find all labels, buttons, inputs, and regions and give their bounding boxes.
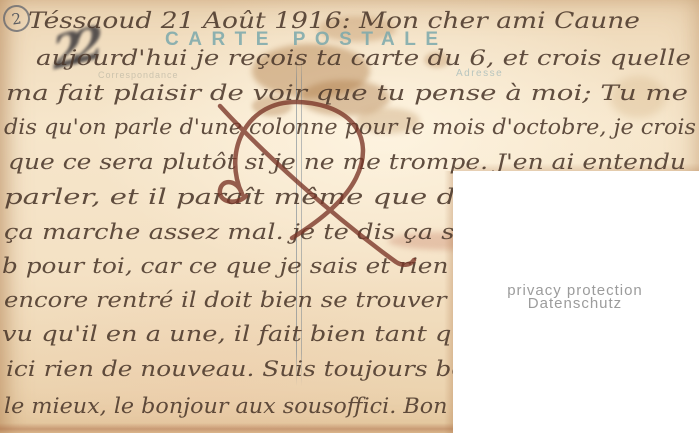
handwriting-line: ici rien de nouveau. Suis toujours be	[6, 357, 466, 381]
handwriting-line: Téssaoud 21 Août 1916: Mon cher ami Caun…	[28, 9, 640, 34]
handwriting-line: ça marche assez mal. je te dis ça so	[4, 220, 470, 244]
handwriting-line: le mieux, le bonjour aux sousoffici. Bon…	[4, 394, 466, 418]
handwriting-line: encore rentré il doit bien se trouver c	[4, 288, 468, 312]
handwriting-line: ma fait plaisir de voir que tu pense à m…	[6, 81, 688, 105]
handwriting-layer: Téssaoud 21 Août 1916: Mon cher ami Caun…	[0, 0, 699, 440]
handwriting-line: vu qu'il en a une, il fait bien tant qu	[2, 322, 468, 346]
postcard-scan: CARTE POSTALE Correspondance Adresse 2 2…	[0, 0, 699, 440]
privacy-watermark-line2: Datenschutz	[455, 297, 695, 310]
screenshot: CARTE POSTALE Correspondance Adresse 2 2…	[0, 0, 699, 440]
privacy-watermark: privacy protection Datenschutz	[455, 284, 695, 310]
handwriting-line: aujourd'hui je reçois ta carte du 6, et …	[36, 46, 691, 70]
handwriting-line: que ce sera plutôt si je ne me trompe. J…	[8, 150, 686, 174]
